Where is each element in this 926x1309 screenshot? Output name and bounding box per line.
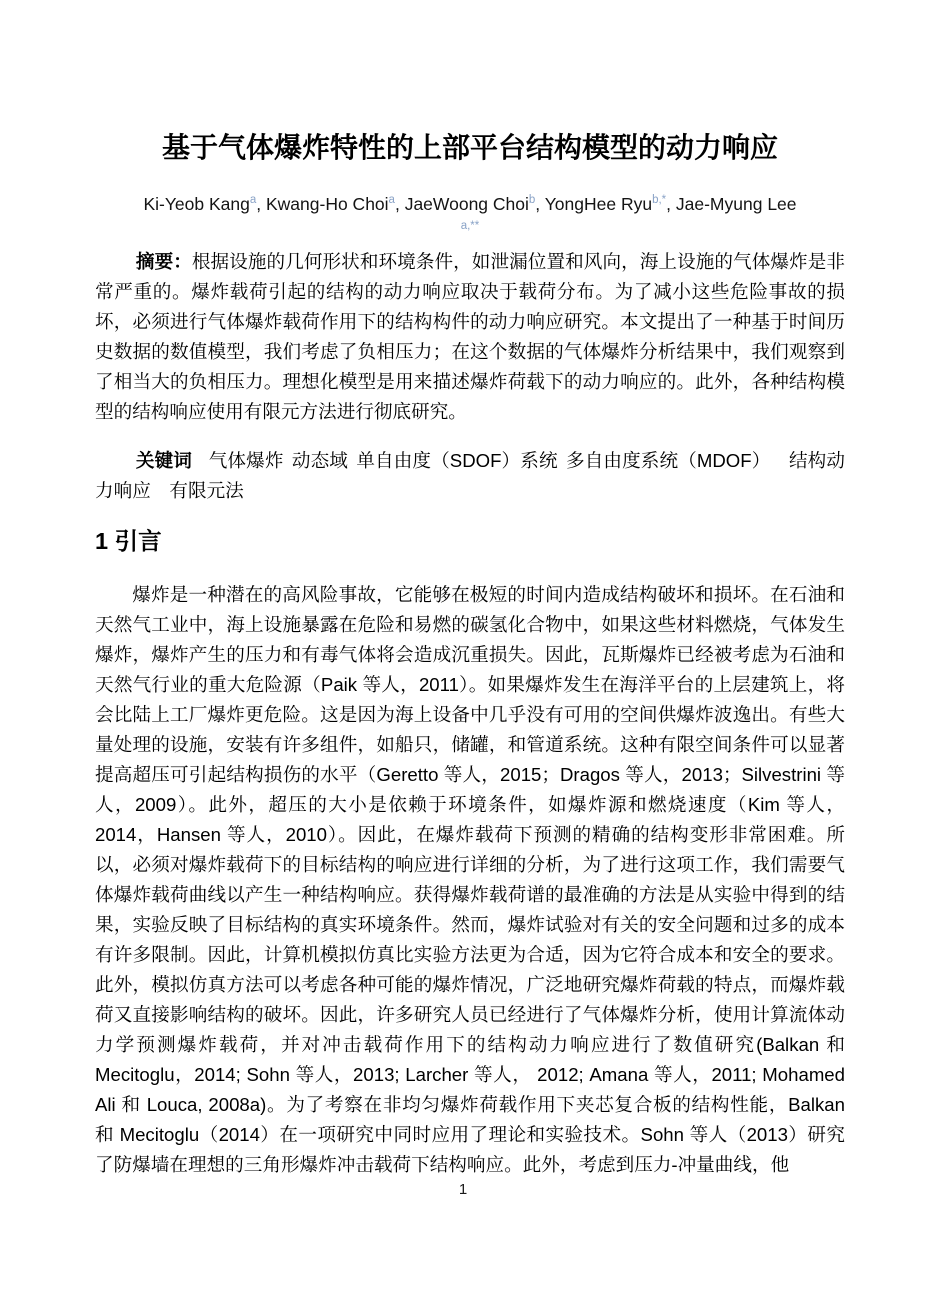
author-line: Ki-Yeob Kanga, Kwang-Ho Choia, JaeWoong …: [95, 192, 845, 235]
keywords-label: 关键词: [136, 450, 192, 471]
author-separator: ,: [256, 194, 266, 214]
abstract-label: 摘要：: [136, 251, 192, 272]
author-affiliation-superscript-wrapped: a,**: [95, 217, 845, 235]
keyword: 动态域: [292, 450, 348, 471]
page-content: 基于气体爆炸特性的上部平台结构模型的动力响应 Ki-Yeob Kanga, Kw…: [95, 0, 845, 1199]
keyword: 有限元法: [169, 480, 243, 501]
keywords-paragraph: 关键词气体爆炸动态域单自由度（SDOF）系统多自由度系统（MDOF）结构动力响应…: [95, 446, 845, 506]
author-separator: ,: [666, 194, 676, 214]
author-name: JaeWoong Choi: [405, 194, 529, 214]
abstract-text: 根据设施的几何形状和环境条件，如泄漏位置和风向，海上设施的气体爆炸是非常严重的。…: [95, 251, 845, 422]
section-heading-introduction: 1 引言: [95, 524, 845, 558]
abstract-paragraph: 摘要：根据设施的几何形状和环境条件，如泄漏位置和风向，海上设施的气体爆炸是非常严…: [95, 247, 845, 427]
keyword: 单自由度（SDOF）系统: [356, 450, 557, 471]
author-name: YongHee Ryu: [545, 194, 652, 214]
author-name: Jae-Myung Lee: [676, 194, 797, 214]
document-page: 基于气体爆炸特性的上部平台结构模型的动力响应 Ki-Yeob Kanga, Kw…: [0, 0, 926, 1309]
author-separator: ,: [535, 194, 544, 214]
page-number: 1: [0, 1181, 926, 1198]
author-separator: ,: [395, 194, 405, 214]
keyword: 多自由度系统（MDOF）: [566, 450, 770, 471]
author-name: Kwang-Ho Choi: [266, 194, 389, 214]
author-affiliation-superscript: b,*: [652, 194, 666, 206]
paper-title: 基于气体爆炸特性的上部平台结构模型的动力响应: [95, 0, 845, 168]
introduction-paragraph: 爆炸是一种潜在的高风险事故，它能够在极短的时间内造成结构破坏和损坏。在石油和天然…: [95, 580, 845, 1180]
keyword: 气体爆炸: [209, 450, 284, 471]
author-name: Ki-Yeob Kang: [143, 194, 249, 214]
